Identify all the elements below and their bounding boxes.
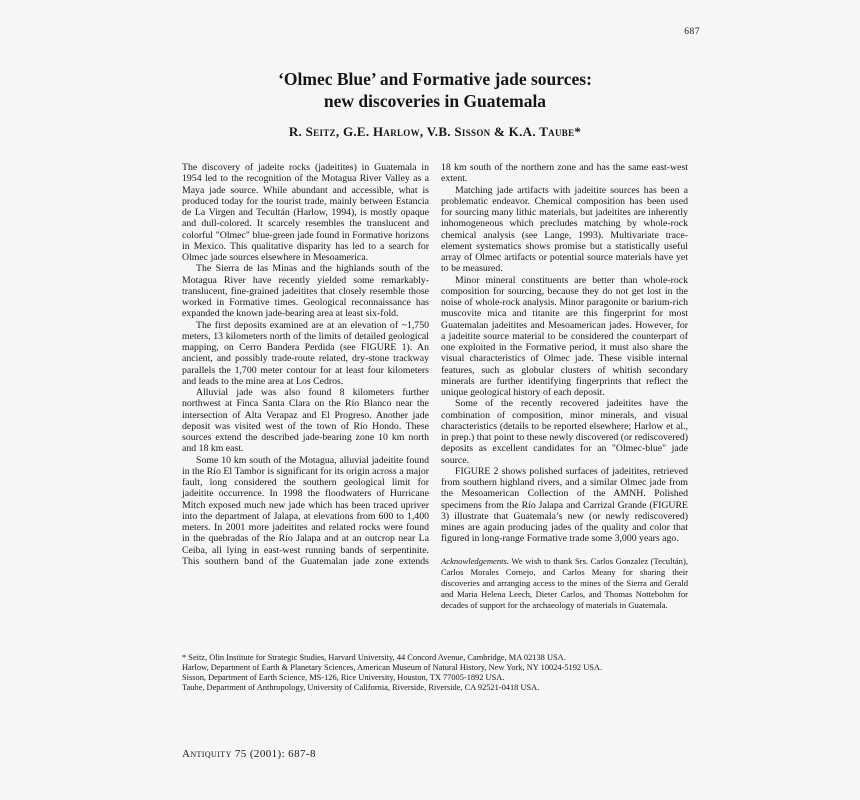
footnote-line: Taube, Department of Anthropology, Unive… <box>182 683 642 693</box>
right-column-paragraph: 18 km south of the northern zone and has… <box>441 162 688 185</box>
left-column-paragraph: The Sierra de las Minas and the highland… <box>182 263 429 319</box>
left-column-paragraph: The discovery of jadeite rocks (jadeitit… <box>182 162 429 263</box>
article-title-line2: new discoveries in Guatemala <box>324 91 546 111</box>
right-column: 18 km south of the northern zone and has… <box>441 162 688 620</box>
footnote-line: * Seitz, Olin Institute for Strategic St… <box>182 653 642 663</box>
left-column-paragraph: Alluvial jade was also found 8 kilometer… <box>182 387 429 455</box>
journal-footer: Antiquity 75 (2001): 687-8 <box>182 748 316 760</box>
journal-page: 687 ‘Olmec Blue’ and Formative jade sour… <box>0 0 860 800</box>
right-column-paragraph: Matching jade artifacts with jadeitite s… <box>441 185 688 275</box>
acknowledgements: Acknowledgements. We wish to thank Srs. … <box>441 556 688 611</box>
footnote-line: Harlow, Department of Earth & Planetary … <box>182 663 642 673</box>
acknowledgements-label: Acknowledgements. <box>441 556 509 566</box>
right-column-paragraph: Minor mineral constituents are better th… <box>441 275 688 399</box>
article-content: ‘Olmec Blue’ and Formative jade sources:… <box>182 0 688 620</box>
footnotes: * Seitz, Olin Institute for Strategic St… <box>182 653 642 693</box>
right-column-paragraph: Some of the recently recovered jadeitite… <box>441 398 688 466</box>
body-columns: The discovery of jadeite rocks (jadeitit… <box>182 162 688 620</box>
left-column: The discovery of jadeite rocks (jadeitit… <box>182 162 429 620</box>
article-title-line1: ‘Olmec Blue’ and Formative jade sources: <box>278 69 592 89</box>
right-column-paragraph: FIGURE 2 shows polished surfaces of jade… <box>441 466 688 545</box>
footnote-line: Sisson, Department of Earth Science, MS-… <box>182 673 642 683</box>
left-column-paragraph: The first deposits examined are at an el… <box>182 320 429 388</box>
left-column-paragraph: Some 10 km south of the Motagua, alluvia… <box>182 455 429 568</box>
article-authors: R. Seitz, G.E. Harlow, V.B. Sisson & K.A… <box>182 124 688 140</box>
article-title: ‘Olmec Blue’ and Formative jade sources:… <box>182 68 688 112</box>
